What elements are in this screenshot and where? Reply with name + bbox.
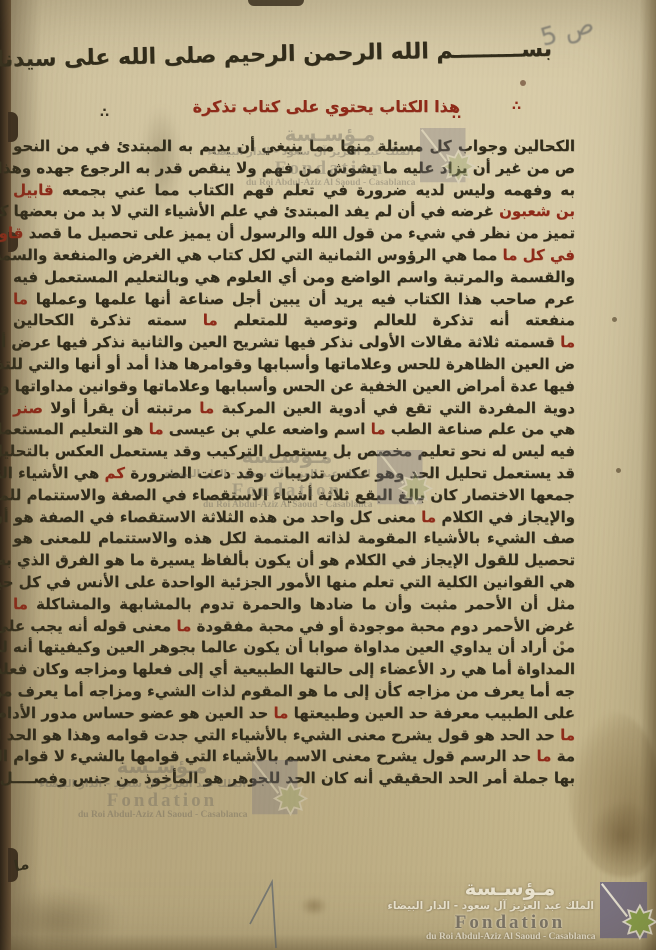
manuscript-line: دوية المفردة التي تقع في أدوية العين الم… bbox=[13, 398, 575, 420]
ink-text: صف الشيء بالأشياء المقومة لذاته المتممة … bbox=[13, 529, 575, 547]
watermark-arabic-sub: الملك عبد العزيز آل سعود - الدار البيضاء bbox=[426, 901, 594, 912]
manuscript-line: والإيجاز في الكلام ما معنى كل واحد من هذ… bbox=[13, 507, 575, 529]
rubric-word: ما bbox=[421, 508, 436, 526]
ink-text: والإيجاز في الكلام bbox=[441, 508, 575, 526]
stain-corner bbox=[0, 888, 122, 950]
rubric-word: قابيل bbox=[13, 181, 54, 199]
ink-text: هي القوانين الكلية التي تعلم منها الأمور… bbox=[0, 573, 575, 591]
pencil-stroke bbox=[243, 872, 289, 950]
manuscript-line: منفعته أنه تذكرة للعالم وتوصية للمتعلم م… bbox=[13, 310, 575, 332]
rubric-word: ما bbox=[371, 420, 386, 438]
manuscript-line: غرض الأحمر دوم محبة موجودة أو في محبة مف… bbox=[13, 616, 575, 638]
ink-text: هي الأشياء التي لا bbox=[0, 464, 99, 482]
ink-text: سمته تذكرة الكحالين bbox=[13, 311, 187, 329]
ink-text: مرتبته أن يقرأ أولا bbox=[50, 399, 192, 417]
rubric-word: كم bbox=[104, 464, 125, 482]
ink-text: المداواة أما هي رد الأعضاء إلى حالتها ال… bbox=[0, 660, 575, 678]
rubric-word: ما bbox=[536, 747, 551, 765]
stain-tide-mark bbox=[568, 712, 656, 877]
rubric-word: ما bbox=[13, 290, 28, 308]
ink-text: على الطبيب معرفة حد العين وطبيعتها bbox=[294, 704, 575, 722]
manuscript-line: هي القوانين الكلية التي تعلم منها الأمور… bbox=[13, 572, 575, 594]
manuscript-line: من أراد أن يداوي العين مداواة صوابا أن ي… bbox=[13, 637, 575, 659]
manuscript-line: قد يستعمل تحليل الحد وهو عكس تدريبات وقد… bbox=[13, 463, 575, 485]
ink-text: معنى قوله أنه يجب على bbox=[0, 617, 171, 635]
manuscript-line: الكحالين وجواب كل مسئلة منها مما ينبغي أ… bbox=[13, 136, 575, 158]
ornament-dots: ∴ bbox=[100, 106, 109, 121]
manuscript-line: جمعها الاختصار كان بالغ البقع ثلاثة أشيا… bbox=[13, 485, 575, 507]
ink-text: بها جملة أمر الحد الحقيقي أنه كان الحد ل… bbox=[0, 769, 575, 787]
ink-text: دوية المفردة التي تقع في أدوية العين الم… bbox=[221, 399, 575, 417]
ink-speck bbox=[616, 468, 621, 473]
top-edge-mark bbox=[248, 0, 304, 6]
ink-text: هو التعليم المستعمل bbox=[0, 420, 143, 438]
ink-text: منفعته أنه تذكرة للعالم وتوصية للمتعلم bbox=[233, 311, 575, 329]
ink-text: مثل أن الأحمر مثبت وأن ما ضادها والحمرة … bbox=[36, 595, 575, 613]
rubric-word: ما bbox=[560, 726, 575, 744]
basmala-line: بســـــــــم الله الرحمن الرحيم صلى الله… bbox=[12, 37, 552, 72]
ink-text: غرض الأحمر دوم محبة موجودة أو في محبة مف… bbox=[197, 617, 575, 635]
manuscript-line: مة ما حد الرسم قول يشرح معنى الاسم بالأش… bbox=[13, 746, 575, 768]
watermark-french-name: Fondation bbox=[78, 791, 246, 811]
ink-text: معنى كل واحد من هذه الثلاثة الاستقصاء في… bbox=[0, 508, 416, 526]
ink-text: والقسمة والمرتبة واسم الواضع ومن أي العل… bbox=[13, 268, 575, 286]
ink-text: مما هي الرؤوس الثمانية التي لكل كتاب هي … bbox=[0, 246, 497, 264]
ink-text: جمعها الاختصار كان بالغ البقع ثلاثة أشيا… bbox=[0, 486, 575, 504]
rubric-word: ما bbox=[203, 311, 218, 329]
foundation-logo-icon bbox=[600, 878, 656, 944]
manuscript-line: ما قسمته ثلاثة مقالات الأولى نذكر فيها ت… bbox=[13, 332, 575, 354]
watermark-arabic-name: مـؤسـسة bbox=[426, 878, 594, 899]
ink-text: ض العين الظاهرة للحس وعلاماتها وأسبابها … bbox=[0, 355, 575, 373]
manuscript-line: جه أما يعرف من مزاجه كأن إلى ما هو المقو… bbox=[13, 681, 575, 703]
ink-speck bbox=[520, 80, 526, 86]
stain-blob bbox=[300, 896, 328, 916]
ink-text: من أراد أن يداوي العين مداواة صوابا أن ي… bbox=[0, 638, 575, 656]
rubric-word: في كل ما bbox=[503, 246, 575, 264]
rubric-word: ما bbox=[149, 420, 164, 438]
manuscript-line: صف الشيء بالأشياء المقومة لذاته المتممة … bbox=[13, 528, 575, 550]
text-block: الكحالين وجواب كل مسئلة منها مما ينبغي أ… bbox=[13, 136, 575, 790]
rubric-word: ما bbox=[199, 399, 214, 417]
watermark-french-sub: du Roi Abdul-Aziz Al Saoud - Casablanca bbox=[426, 933, 594, 943]
rubric-word: بن شعبون bbox=[499, 202, 575, 220]
rubric-word: ما bbox=[560, 333, 575, 351]
ink-text: الكحالين وجواب كل مسئلة منها مما ينبغي أ… bbox=[13, 137, 575, 155]
ink-text: حد الرسم قول يشرح معنى الاسم بالأشياء ال… bbox=[0, 747, 531, 765]
manuscript-line: بن شعبون غرضه في أن لم يفد المبتدئ في عل… bbox=[13, 201, 575, 223]
ink-speck bbox=[612, 317, 617, 322]
page-edge-shadow bbox=[640, 0, 656, 950]
stain-tide-mark-inner bbox=[588, 800, 656, 872]
ink-text: هي من علم صناعة الطب bbox=[391, 420, 575, 438]
ink-text: ص من غير أن يزاد عليه ما يشوش من فهم ولا… bbox=[0, 159, 575, 177]
rubric-title: هذا الكتاب يحتوي على كتاب تذكرة bbox=[220, 97, 460, 116]
rubric-word: ما bbox=[13, 595, 28, 613]
catchword: ما bbox=[12, 855, 30, 876]
manuscript-line: المداواة أما هي رد الأعضاء إلى حالتها ال… bbox=[13, 659, 575, 681]
manuscript-line: تميز من نظر في شيء من قول الله والرسول أ… bbox=[13, 223, 575, 245]
ornament-dots: ∴ bbox=[452, 108, 461, 123]
ink-text: جه أما يعرف من مزاجه كأن إلى ما هو المقو… bbox=[0, 682, 575, 700]
ink-text: تحصيل للقول الإيجاز في الكلام هو أن يكون… bbox=[0, 551, 575, 569]
rubric-word: ما bbox=[176, 617, 191, 635]
manuscript-line: بها جملة أمر الحد الحقيقي أنه كان الحد ل… bbox=[13, 768, 575, 790]
ink-text: قسمته ثلاثة مقالات الأولى نذكر فيها تشري… bbox=[0, 333, 555, 351]
manuscript-line: مثل أن الأحمر مثبت وأن ما ضادها والحمرة … bbox=[13, 594, 575, 616]
manuscript-line: عرم صاحب هذا الكتاب فيه يريد أن يبين أجل… bbox=[13, 289, 575, 311]
manuscript-line: على الطبيب معرفة حد العين وطبيعتها ما حد… bbox=[13, 703, 575, 725]
ink-text: فيها عدة أمراض العين الخفية عن الحس وأسب… bbox=[0, 377, 575, 395]
ink-text: عرم صاحب هذا الكتاب فيه يريد أن يبين أجل… bbox=[36, 290, 575, 308]
bottom-edge-shadow bbox=[0, 934, 656, 950]
rubric-word: قاول bbox=[0, 224, 23, 242]
rubric-word: صنر bbox=[13, 399, 43, 417]
manuscript-line: في كل ما مما هي الرؤوس الثمانية التي لكل… bbox=[13, 245, 575, 267]
ink-text: حد الحد هو قول يشرح معنى الشيء بالأشياء … bbox=[0, 726, 555, 744]
manuscript-line: ص من غير أن يزاد عليه ما يشوش من فهم ولا… bbox=[13, 158, 575, 180]
manuscript-line: فيها عدة أمراض العين الخفية عن الحس وأسب… bbox=[13, 376, 575, 398]
manuscript-line: فيه ليس له نحو تعليم مخصص بل يستعمل التر… bbox=[13, 441, 575, 463]
ink-text: حد العين هو عضو حساس مدور الأدام bbox=[0, 704, 268, 722]
manuscript-line: تحصيل للقول الإيجاز في الكلام هو أن يكون… bbox=[13, 550, 575, 572]
manuscript-line: والقسمة والمرتبة واسم الواضع ومن أي العل… bbox=[13, 267, 575, 289]
foundation-watermark: مـؤسـسة الملك عبد العزيز آل سعود - الدار… bbox=[426, 878, 656, 944]
manuscript-line: به وفهمه وليس لديه ضرورة في تعلم فهم الك… bbox=[13, 180, 575, 202]
watermark-french-sub: du Roi Abdul-Aziz Al Saoud - Casablanca bbox=[78, 811, 246, 821]
ink-text: غرضه في أن لم يفد المبتدئ في علم الأشياء… bbox=[0, 202, 494, 220]
ink-text: مة bbox=[557, 747, 575, 765]
ink-text: به وفهمه وليس لديه ضرورة في تعلم فهم الك… bbox=[62, 181, 575, 199]
ink-text: فيه ليس له نحو تعليم مخصص بل يستعمل التر… bbox=[0, 442, 575, 460]
ornament-dots: ∴ bbox=[512, 99, 521, 114]
manuscript-line: ما حد الحد هو قول يشرح معنى الشيء بالأشي… bbox=[13, 725, 575, 747]
watermark-french-name: Fondation bbox=[426, 913, 594, 933]
manuscript-line: ض العين الظاهرة للحس وعلاماتها وأسبابها … bbox=[13, 354, 575, 376]
rubric-word: ما bbox=[274, 704, 289, 722]
ink-text: اسم واضعه علي بن عيسى bbox=[169, 420, 366, 438]
ink-text: تميز من نظر في شيء من قول الله والرسول أ… bbox=[29, 224, 575, 242]
manuscript-page: ص 5 بســـــــــم الله الرحمن الرحيم صلى … bbox=[0, 0, 656, 950]
manuscript-line: هي من علم صناعة الطب ما اسم واضعه علي بن… bbox=[13, 419, 575, 441]
ink-text: قد يستعمل تحليل الحد وهو عكس تدريبات وقد… bbox=[130, 464, 575, 482]
